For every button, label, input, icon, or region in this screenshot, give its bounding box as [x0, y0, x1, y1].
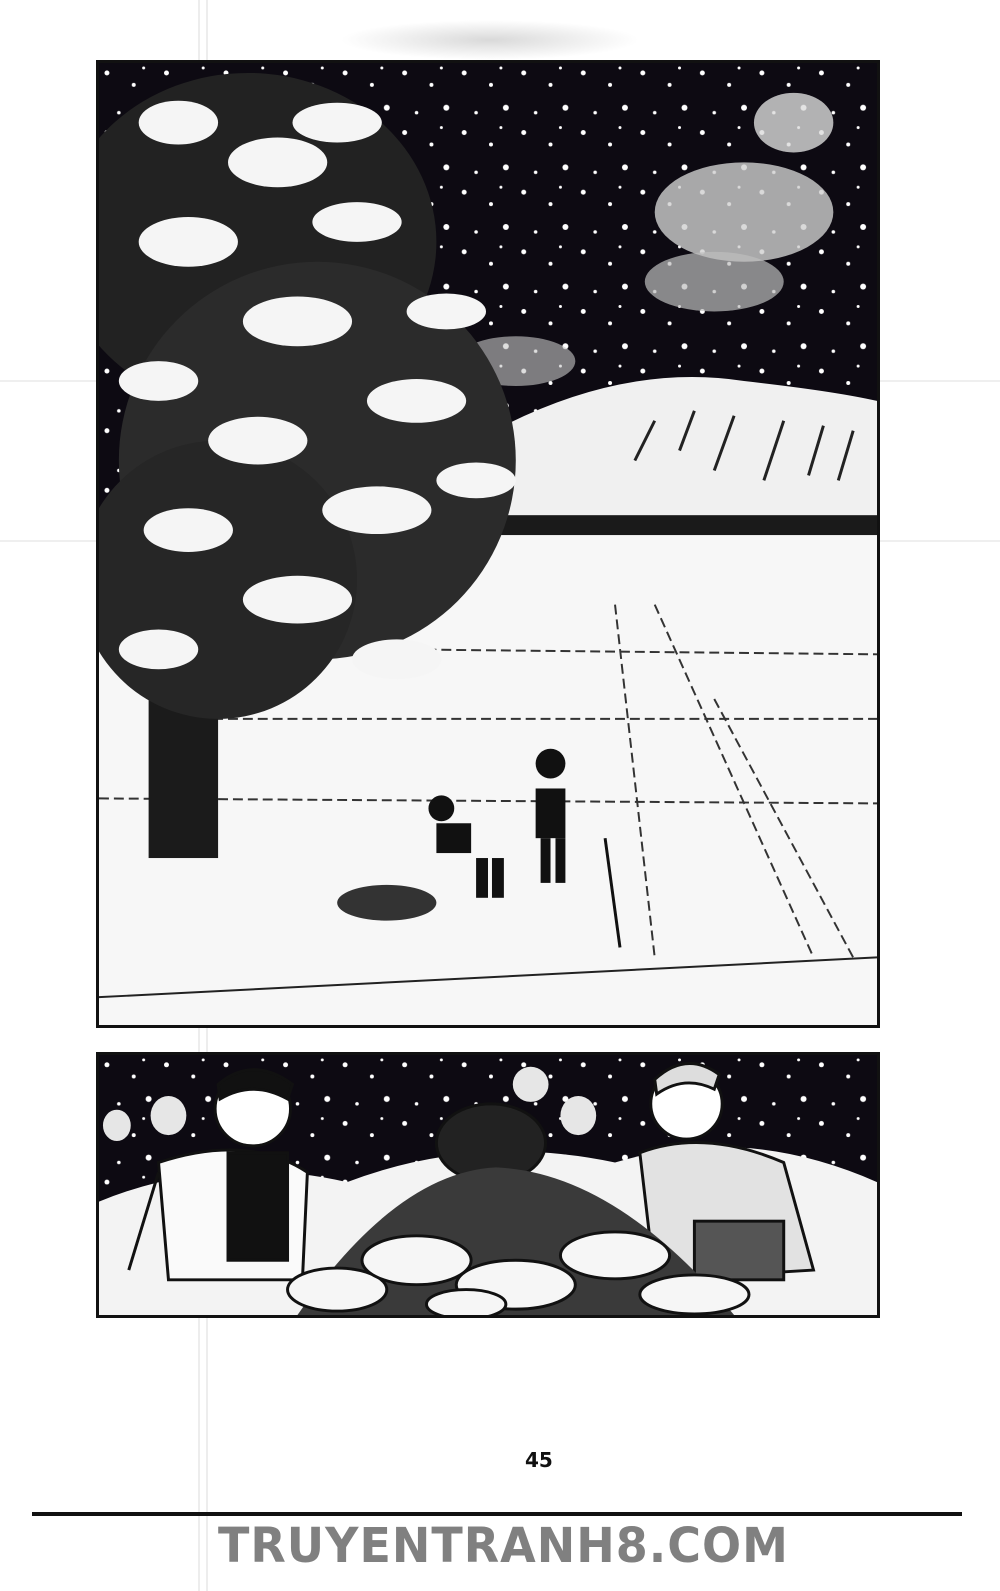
scan-smudge [340, 20, 640, 60]
panel-1-illustration [99, 63, 877, 1025]
panel-2-illustration [99, 1055, 877, 1315]
manga-panel-2 [96, 1052, 880, 1318]
manga-panel-1 [96, 60, 880, 1028]
footer-divider [32, 1512, 962, 1516]
page-number: 45 [525, 1448, 553, 1472]
site-watermark: TRUYENTRANH8.COM [218, 1517, 789, 1574]
